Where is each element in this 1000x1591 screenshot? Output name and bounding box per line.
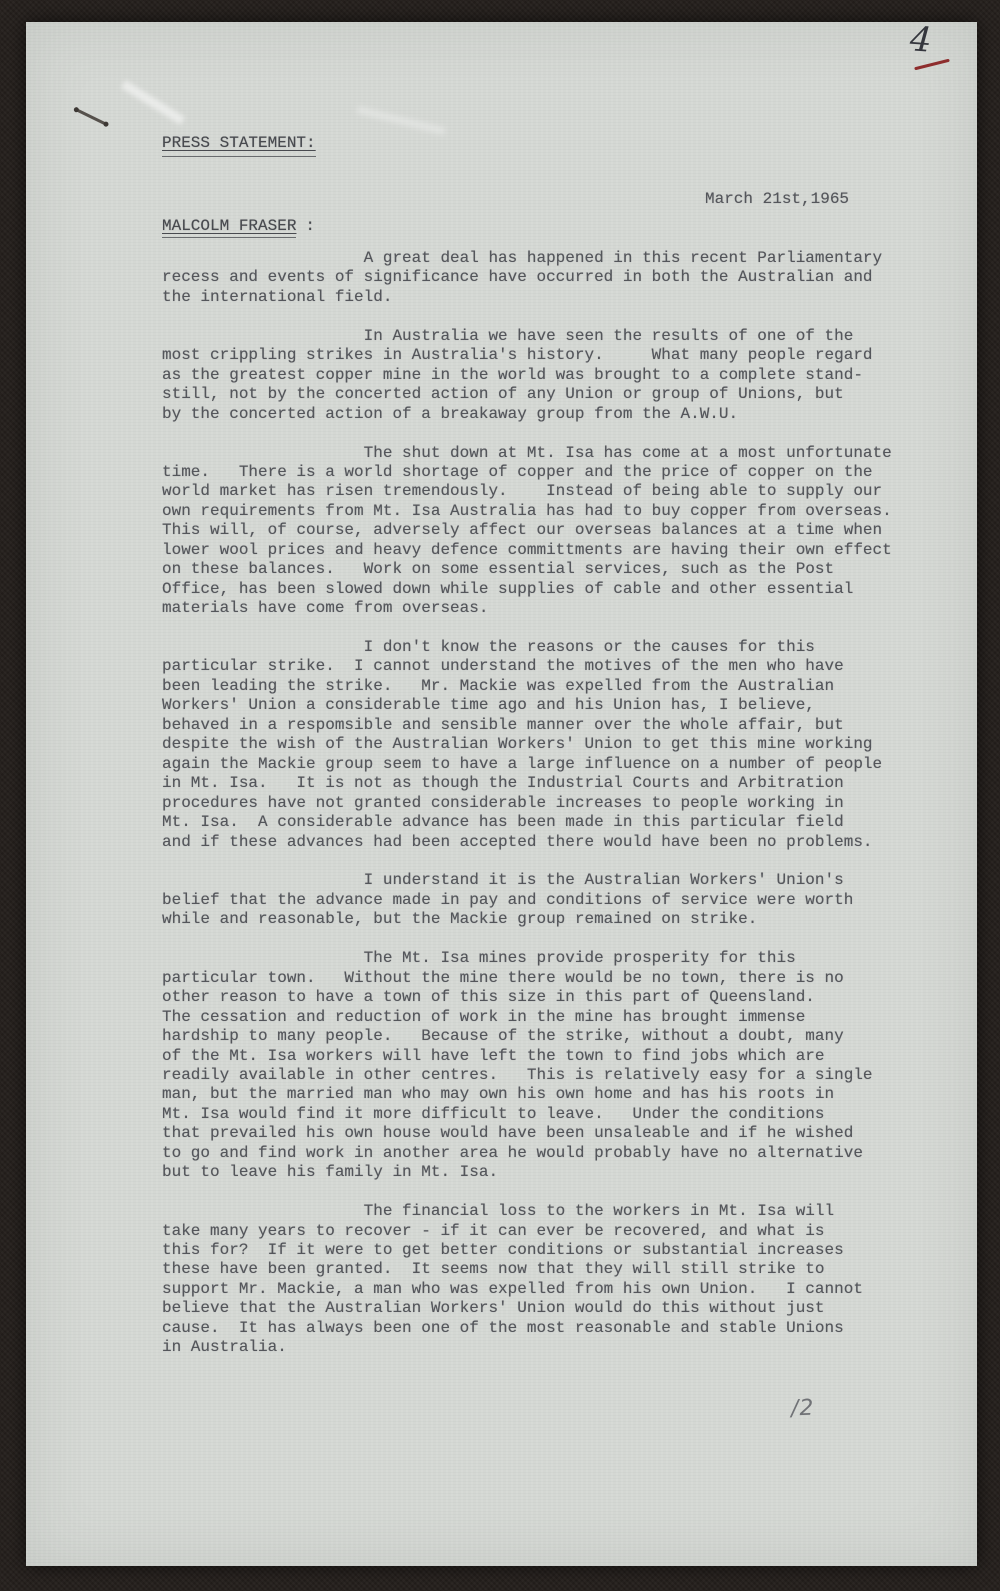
page-number-underline-mark [914, 59, 950, 71]
paper-crease [356, 106, 445, 135]
press-statement-title: PRESS STATEMENT: [162, 134, 316, 157]
paragraph: I don't know the reasons or the causes f… [162, 638, 962, 852]
photo-background: 4 PRESS STATEMENT: MALCOLM FRASER: March… [0, 0, 1000, 1591]
paragraph: I understand it is the Australian Worker… [162, 871, 962, 929]
document-date: March 21st,1965 [705, 190, 849, 209]
author-colon: : [305, 217, 315, 235]
continuation-mark: /2 [791, 1396, 815, 1422]
author-name: MALCOLM FRASER [162, 217, 296, 239]
paragraph: In Australia we have seen the results of… [162, 327, 962, 424]
document-page: 4 PRESS STATEMENT: MALCOLM FRASER: March… [26, 22, 977, 1566]
paragraph: The shut down at Mt. Isa has come at a m… [162, 444, 962, 619]
paragraph: The Mt. Isa mines provide prosperity for… [162, 949, 962, 1182]
handwritten-page-number: 4 [909, 19, 933, 60]
author-line: MALCOLM FRASER: [162, 217, 316, 236]
staple-mark [75, 108, 107, 125]
paragraph: The financial loss to the workers in Mt.… [162, 1202, 962, 1358]
paragraph: A great deal has happened in this recent… [162, 249, 962, 307]
document-body: A great deal has happened in this recent… [162, 249, 962, 1377]
